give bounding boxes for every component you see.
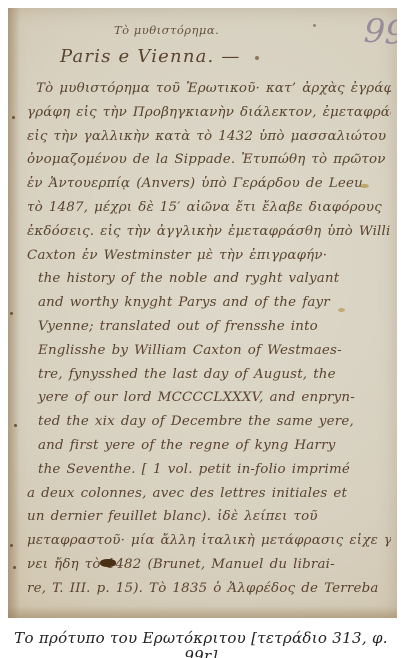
manuscript-line: and first yere of the regne of kyng Harr… xyxy=(27,438,391,462)
manuscript-line: yere of our lord MCCCCLXXXV, and enpryn- xyxy=(27,390,391,414)
ink-speck xyxy=(10,312,13,315)
ink-speck xyxy=(100,559,116,567)
manuscript-line: μεταφραστοῦ· μία ἄλλη ἰταλικὴ μετάφρασις… xyxy=(27,533,391,557)
manuscript-line: τὸ 1487, μέχρι δὲ 15′ αἰῶνα ἔτι ἔλαβε δι… xyxy=(27,200,391,224)
ink-speck xyxy=(12,116,15,119)
manuscript-line: and worthy knyght Parys and of the fayr xyxy=(27,295,391,319)
manuscript-line: Vyenne; translated out of frensshe into xyxy=(27,319,391,343)
manuscript-photo: 99 Τὸ μυθιστόρημα. Paris e Vienna. — Τὸ … xyxy=(8,8,397,618)
manuscript-title: Paris e Vienna. — xyxy=(60,46,241,67)
manuscript-line: ted the xix day of Decembre the same yer… xyxy=(27,414,391,438)
header-note: Τὸ μυθιστόρημα. xyxy=(114,23,219,37)
manuscript-line: εἰς τὴν γαλλικὴν κατὰ τὸ 1432 ὑπὸ μασσαλ… xyxy=(27,129,391,153)
manuscript-line: un dernier feuillet blanc). ἰδὲ λείπει τ… xyxy=(27,509,391,533)
ink-speck xyxy=(14,424,17,427)
manuscript-line: the history of the noble and ryght valya… xyxy=(27,271,391,295)
figure: 99 Τὸ μυθιστόρημα. Paris e Vienna. — Τὸ … xyxy=(0,0,402,658)
manuscript-line: νει ἤδη τὸ 1482 (Brunet, Manuel du libra… xyxy=(27,557,391,581)
manuscript-line: a deux colonnes, avec des lettres initia… xyxy=(27,486,391,510)
manuscript-line: tre, fynysshed the last day of August, t… xyxy=(27,367,391,391)
manuscript-line: Τὸ μυθιστόρημα τοῦ Ἐρωτικοῦ· κατ’ ἀρχὰς … xyxy=(27,81,391,105)
ink-speck xyxy=(255,56,259,60)
manuscript-line: ἐν Ἀντουερπίᾳ (Anvers) ὑπὸ Γεράρδου de L… xyxy=(27,176,391,200)
manuscript-line: ὀνομαζομένου de la Sippade. Ἐτυπώθη τὸ π… xyxy=(27,152,391,176)
manuscript-line: re, T. III. p. 15). Τὸ 1835 ὁ Ἀλφρέδος d… xyxy=(27,581,391,605)
manuscript-line: the Seventhe. [ 1 vol. petit in-folio im… xyxy=(27,462,391,486)
manuscript-text: Τὸ μυθιστόρημα τοῦ Ἐρωτικοῦ· κατ’ ἀρχὰς … xyxy=(27,81,391,605)
folio-number: 99 xyxy=(363,11,397,53)
manuscript-line: ἐκδόσεις. εἰς τὴν ἀγγλικὴν ἐμεταφράσθη ὑ… xyxy=(27,224,391,248)
manuscript-line: Caxton ἐν Westminster μὲ τὴν ἐπιγραφήν· xyxy=(27,248,391,272)
figure-caption: Το πρότυπο του Ερωτόκριτου [τετράδιο 313… xyxy=(0,629,402,658)
ink-speck xyxy=(360,184,369,188)
ink-speck xyxy=(10,544,13,547)
manuscript-line: Englisshe by William Caxton of Westmaes- xyxy=(27,343,391,367)
ink-speck xyxy=(313,24,316,27)
ink-speck xyxy=(338,308,345,312)
manuscript-line: γράφη εἰς τὴν Προβηγκιανὴν διάλεκτον, ἐμ… xyxy=(27,105,391,129)
ink-speck xyxy=(13,566,16,569)
